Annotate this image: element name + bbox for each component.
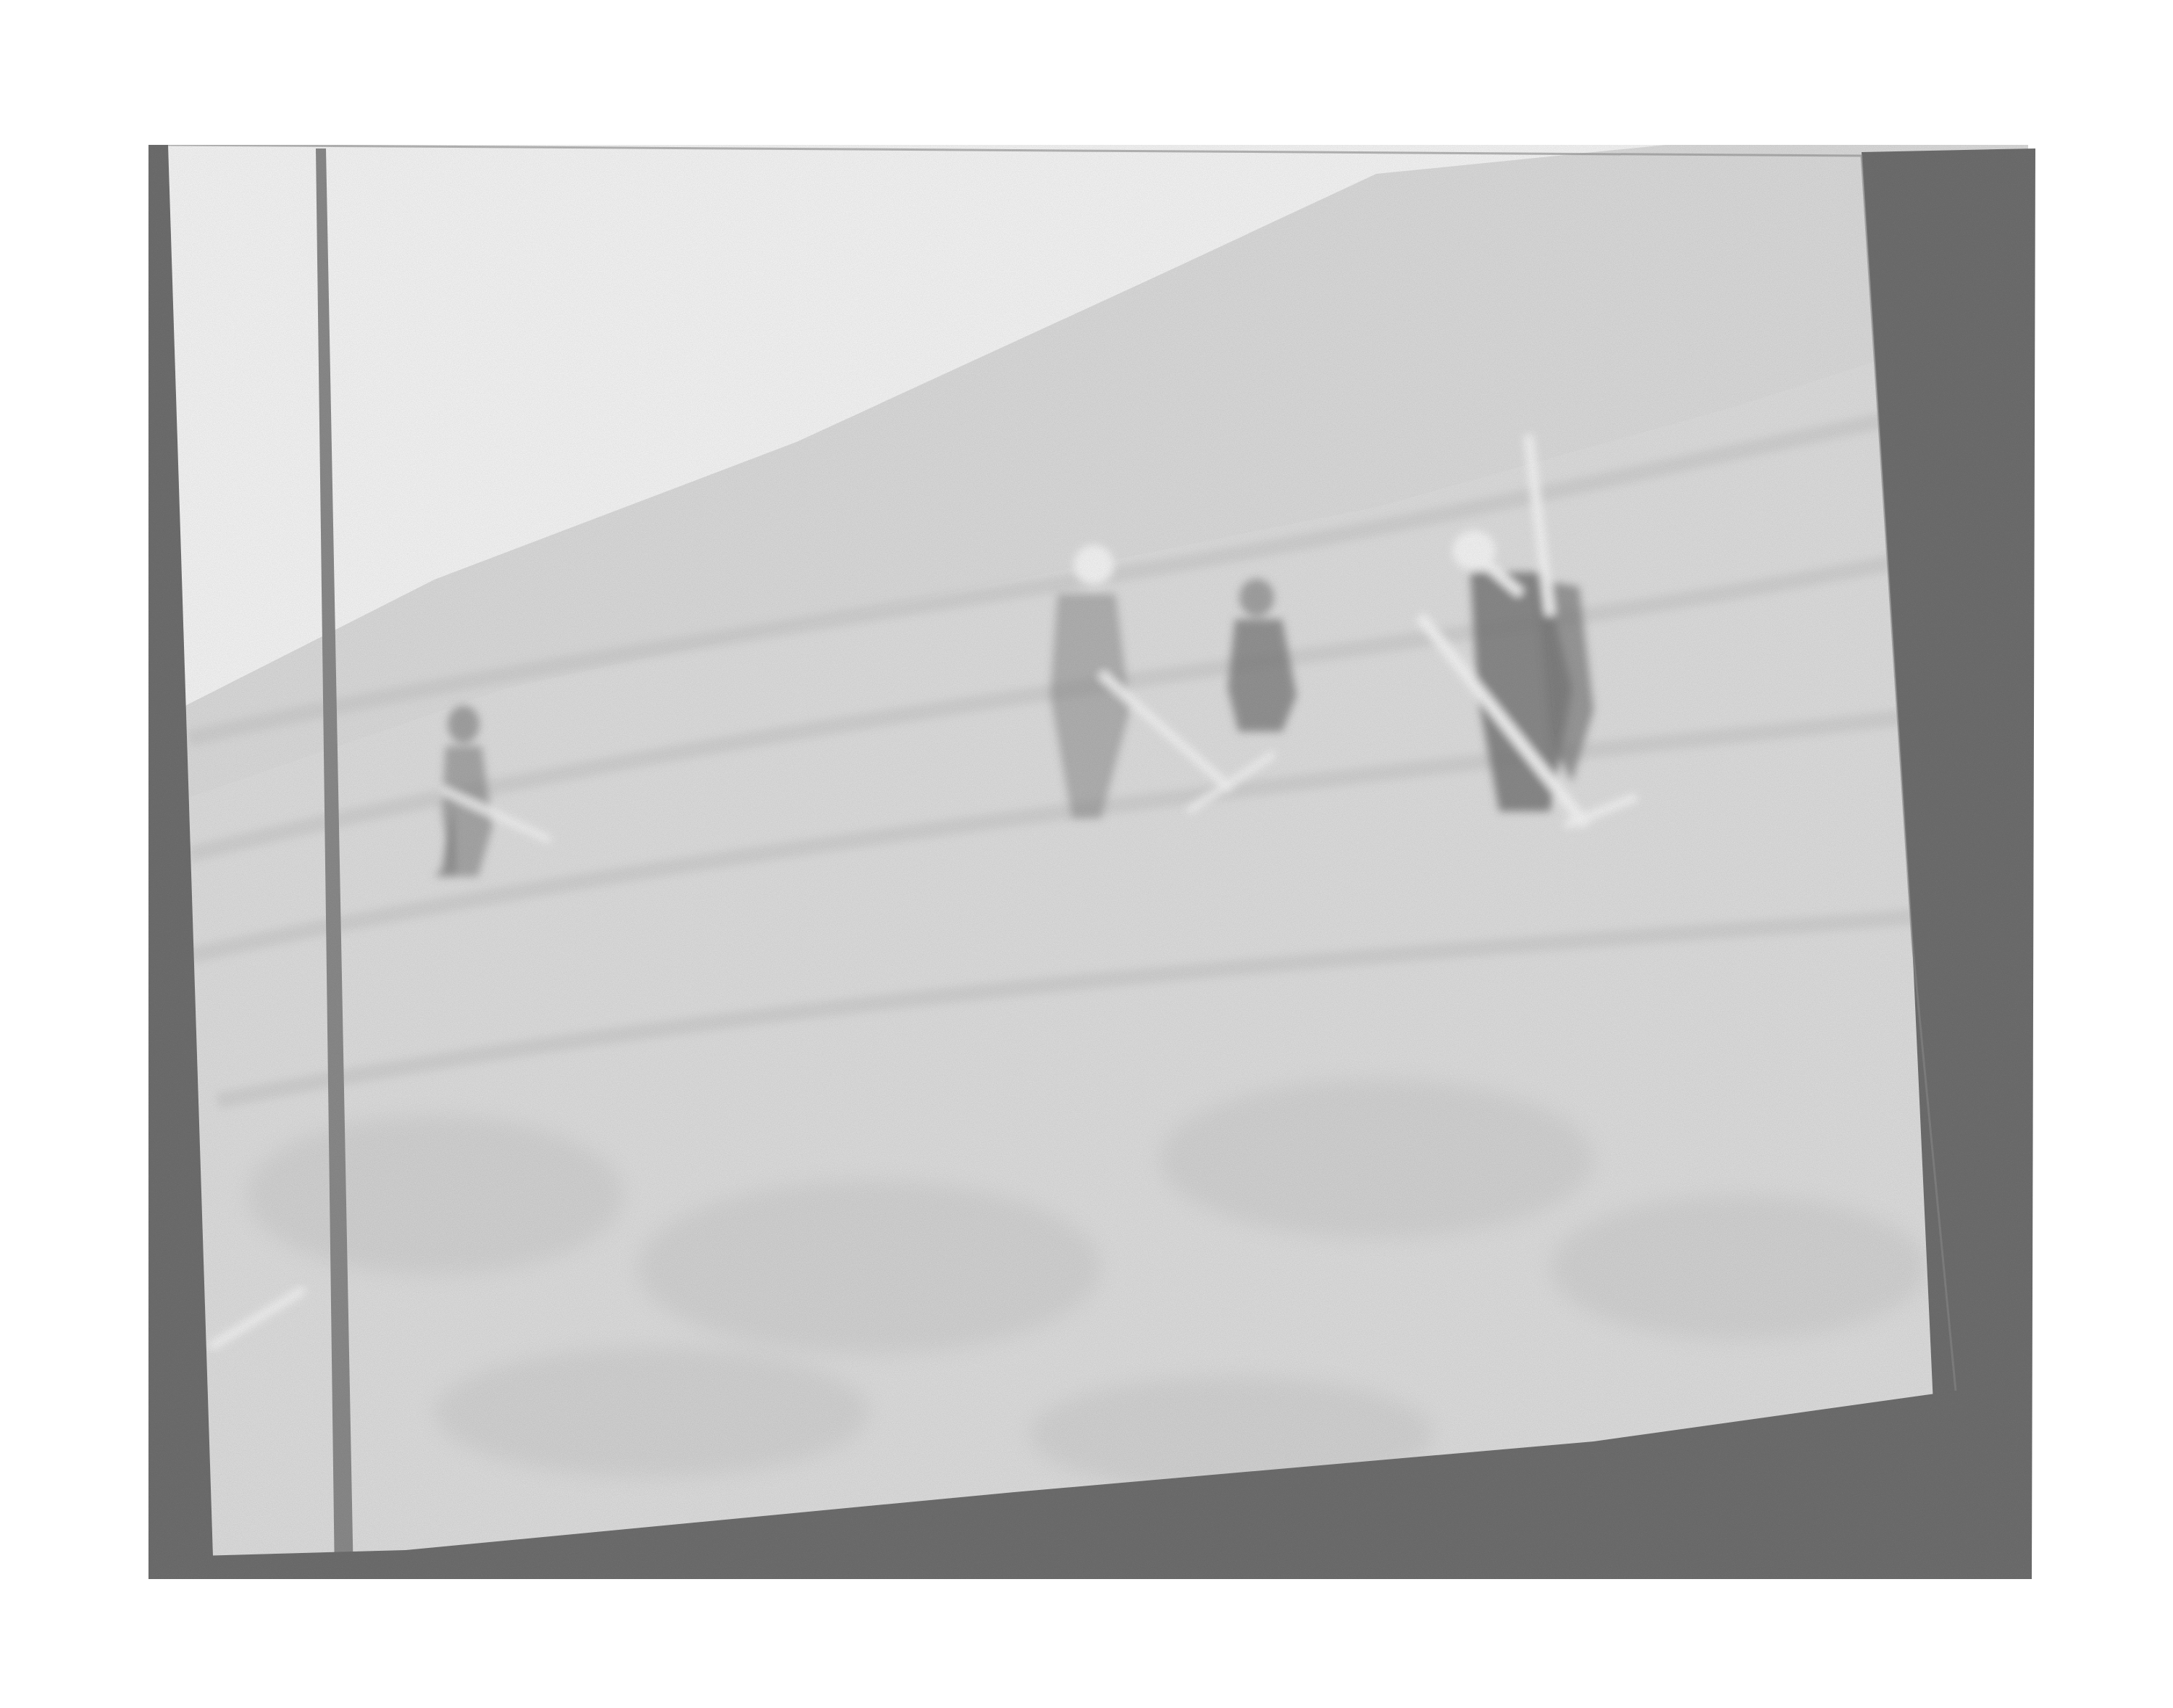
pencil-drawing bbox=[0, 0, 2173, 1708]
